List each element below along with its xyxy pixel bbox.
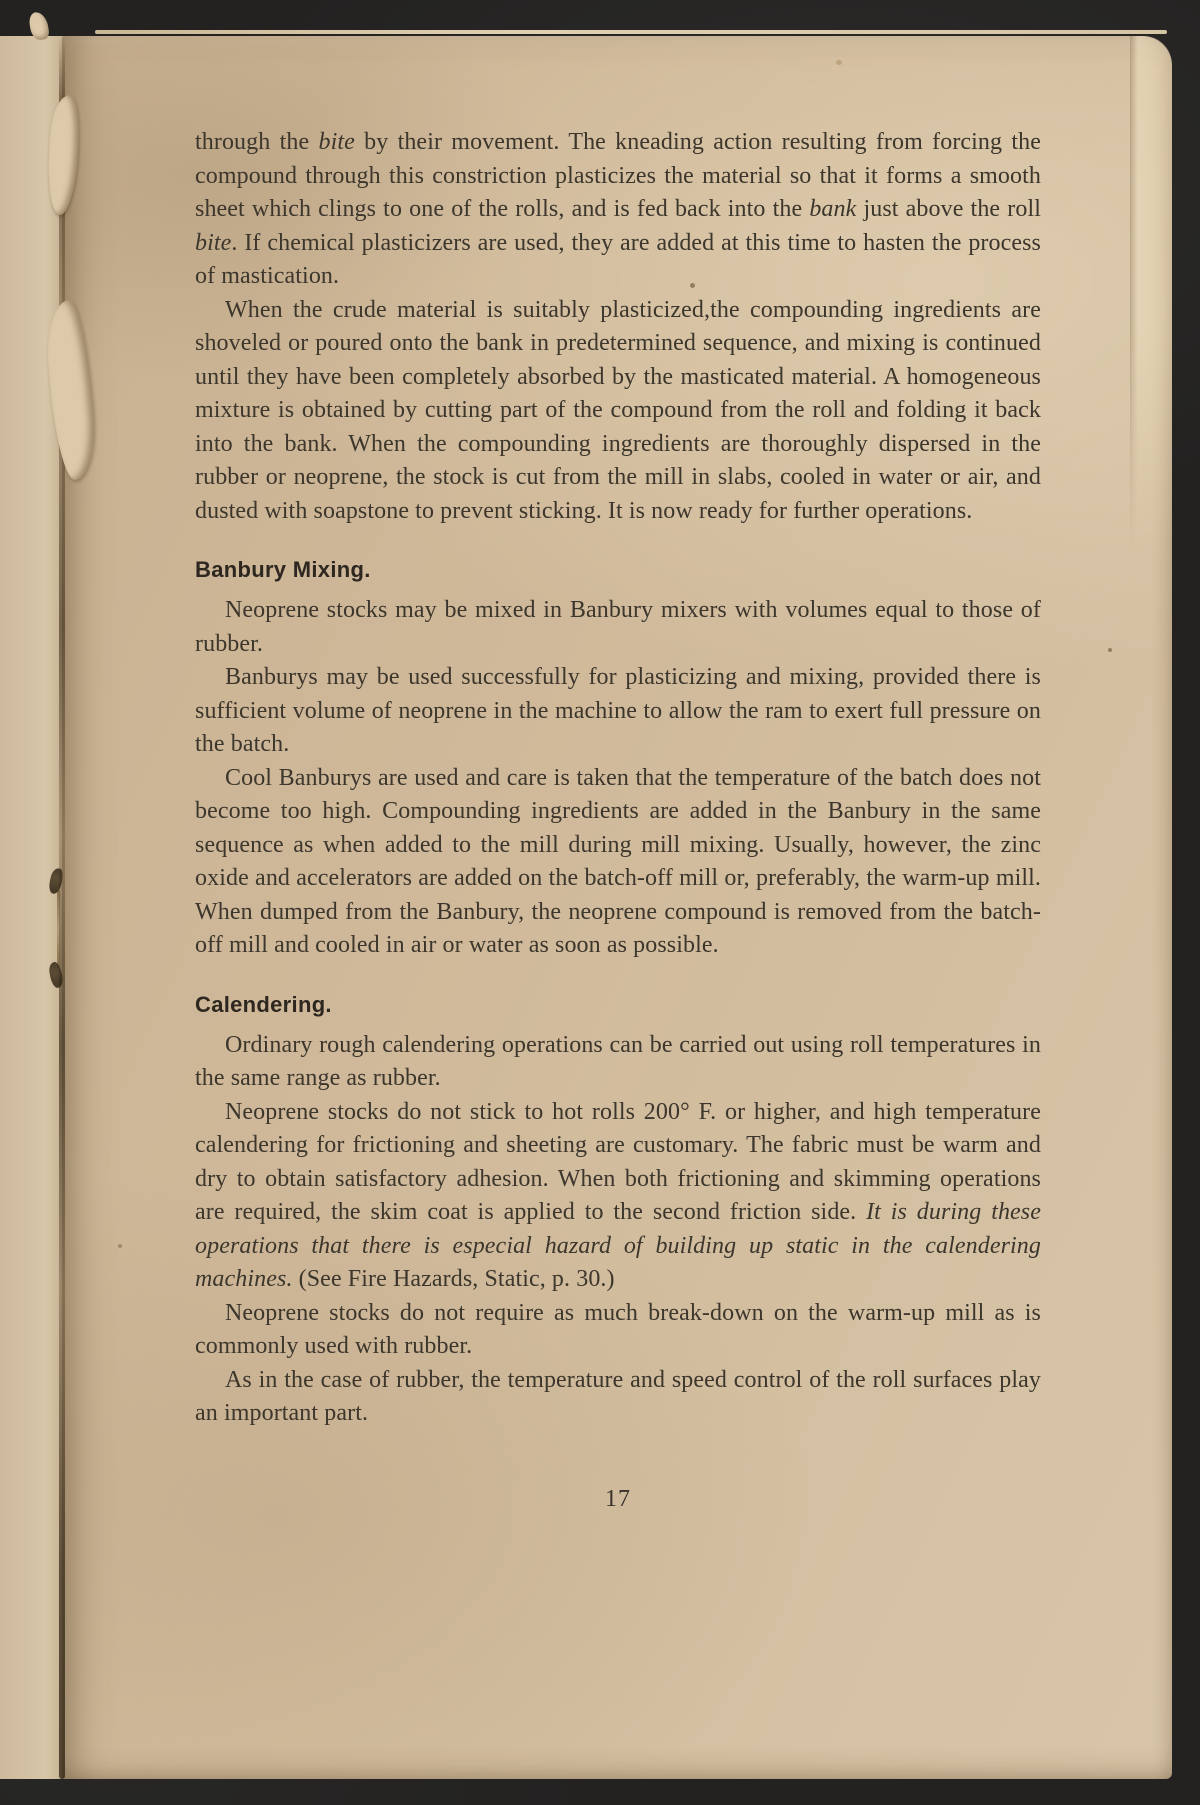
body-paragraph: Neoprene stocks may be mixed in Banbury … bbox=[195, 594, 1041, 661]
paper-speck bbox=[690, 283, 695, 288]
body-paragraph: As in the case of rubber, the temperatur… bbox=[195, 1364, 1041, 1431]
body-paragraph: When the crude material is suitably plas… bbox=[195, 294, 1041, 529]
section-heading-calendering: Calendering. bbox=[195, 990, 1041, 1020]
paragraph-text: (See Fire Hazards, Static, p. 30.) bbox=[293, 1266, 615, 1292]
paragraph-text-italic: bite bbox=[195, 230, 231, 256]
book-page: through the bite by their movement. The … bbox=[62, 36, 1172, 1779]
paragraph-text-italic: bite bbox=[318, 129, 354, 155]
body-paragraph: Neoprene stocks do not require as much b… bbox=[195, 1297, 1041, 1364]
paper-speck bbox=[1108, 648, 1112, 652]
body-paragraph: Banburys may be used successfully for pl… bbox=[195, 661, 1041, 762]
paragraph-text: . If chemical plasticizers are used, the… bbox=[195, 230, 1041, 290]
body-paragraph: through the bite by their movement. The … bbox=[195, 126, 1041, 294]
scan-backdrop: through the bite by their movement. The … bbox=[0, 0, 1200, 1805]
top-page-edge bbox=[95, 30, 1167, 34]
paper-speck bbox=[836, 60, 842, 65]
body-paragraph: Ordinary rough calendering operations ca… bbox=[195, 1029, 1041, 1096]
body-paragraph: Neoprene stocks do not stick to hot roll… bbox=[195, 1096, 1041, 1297]
paragraph-text: through the bbox=[195, 129, 318, 155]
page-number: 17 bbox=[195, 1483, 1041, 1517]
binding-thread bbox=[57, 890, 60, 968]
paragraph-text-italic: bank bbox=[809, 196, 856, 222]
paragraph-text: just above the roll bbox=[856, 196, 1041, 222]
page-text-column: through the bite by their movement. The … bbox=[195, 126, 1041, 1516]
paper-speck bbox=[118, 1244, 122, 1248]
body-paragraph: Cool Banburys are used and care is taken… bbox=[195, 762, 1041, 963]
section-heading-banbury-mixing: Banbury Mixing. bbox=[195, 555, 1041, 585]
